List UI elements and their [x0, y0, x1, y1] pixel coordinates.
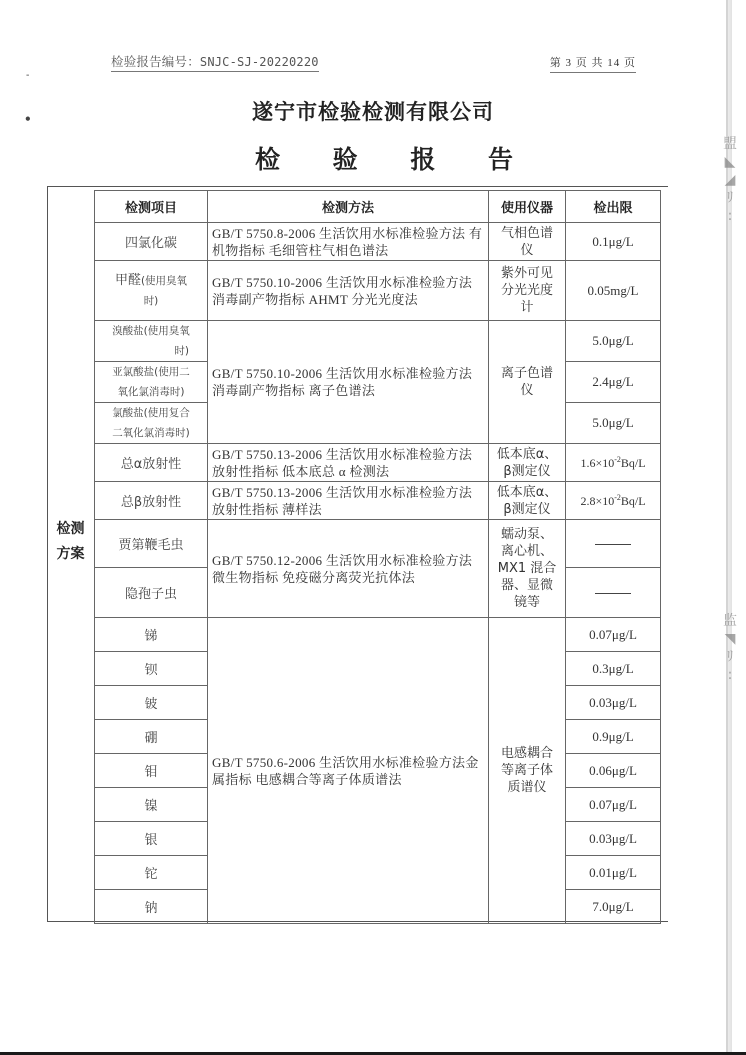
limit-cell: 0.05mg/L: [566, 261, 661, 321]
limit-cell: 2.8×10-2Bq/L: [566, 482, 661, 520]
item-cell: 硼: [95, 720, 208, 754]
limit-cell: 7.0μg/L: [566, 890, 661, 924]
limit-cell: 2.4μg/L: [566, 362, 661, 403]
item-cell: 贾第鞭毛虫: [95, 520, 208, 568]
instrument-cell: 低本底α、 β测定仪: [489, 482, 566, 520]
limit-cell: 0.03μg/L: [566, 686, 661, 720]
report-number-label: 检验报告编号：: [111, 55, 200, 69]
item-cell: 氯酸盐(使用复合 二氧化氯消毒时): [95, 403, 208, 444]
method-cell: GB/T 5750.12-2006 生活饮用水标准检验方法微生物指标 免疫磁分离…: [208, 520, 489, 618]
limit-cell: 1.6×10-2Bq/L: [566, 444, 661, 482]
limit-cell: 0.03μg/L: [566, 822, 661, 856]
col-header-limit: 检出限: [566, 191, 661, 223]
table-header-row: 检测项目 检测方法 使用仪器 检出限: [95, 191, 661, 223]
report-number-value: SNJC-SJ-20220220: [200, 55, 319, 69]
col-header-method: 检测方法: [208, 191, 489, 223]
table-row: 总α放射性 GB/T 5750.13-2006 生活饮用水标准检验方法 放射性指…: [95, 444, 661, 482]
table-row: 贾第鞭毛虫 GB/T 5750.12-2006 生活饮用水标准检验方法微生物指标…: [95, 520, 661, 568]
table-row: 锑 GB/T 5750.6-2006 生活饮用水标准检验方法金属指标 电感耦合等…: [95, 618, 661, 652]
limit-cell: 5.0μg/L: [566, 321, 661, 362]
limit-cell: [566, 520, 661, 568]
col-header-item: 检测项目: [95, 191, 208, 223]
method-cell: GB/T 5750.8-2006 生活饮用水标准检验方法 有机物指标 毛细管柱气…: [208, 223, 489, 261]
company-name: 遂宁市检验检测有限公司: [0, 96, 746, 126]
limit-cell: 0.07μg/L: [566, 618, 661, 652]
limit-cell: [566, 568, 661, 618]
report-header: 检验报告编号：SNJC-SJ-20220220 第 3 页 共 14 页: [111, 52, 636, 74]
table-row: 溴酸盐(使用臭氧 时) GB/T 5750.10-2006 生活饮用水标准检验方…: [95, 321, 661, 362]
method-cell: GB/T 5750.13-2006 生活饮用水标准检验方法 放射性指标 薄样法: [208, 482, 489, 520]
method-cell: GB/T 5750.10-2006 生活饮用水标准检验方法 消毒副产物指标 离子…: [208, 321, 489, 444]
method-cell: GB/T 5750.10-2006 生活饮用水标准检验方法 消毒副产物指标 AH…: [208, 261, 489, 321]
instrument-cell: 气相色谱 仪: [489, 223, 566, 261]
table-row: 总β放射性 GB/T 5750.13-2006 生活饮用水标准检验方法 放射性指…: [95, 482, 661, 520]
item-cell: 银: [95, 822, 208, 856]
report-number: 检验报告编号：SNJC-SJ-20220220: [111, 52, 319, 72]
limit-cell: 0.1μg/L: [566, 223, 661, 261]
limit-cell: 0.9μg/L: [566, 720, 661, 754]
item-cell: 锑: [95, 618, 208, 652]
instrument-cell: 电感耦合 等离子体 质谱仪: [489, 618, 566, 924]
item-cell: 铍: [95, 686, 208, 720]
item-cell: 总α放射性: [95, 444, 208, 482]
instrument-cell: 紫外可见 分光光度 计: [489, 261, 566, 321]
item-cell: 钼: [95, 754, 208, 788]
item-cell: 镍: [95, 788, 208, 822]
method-cell: GB/T 5750.6-2006 生活饮用水标准检验方法金属指标 电感耦合等离子…: [208, 618, 489, 924]
item-cell: 钡: [95, 652, 208, 686]
item-cell: 总β放射性: [95, 482, 208, 520]
method-cell: GB/T 5750.13-2006 生活饮用水标准检验方法 放射性指标 低本底总…: [208, 444, 489, 482]
test-plan-table: 检测项目 检测方法 使用仪器 检出限 四氯化碳 GB/T 5750.8-2006…: [94, 190, 661, 924]
item-cell: 溴酸盐(使用臭氧 时): [95, 321, 208, 362]
scan-speck: -: [26, 70, 29, 81]
section-label: 检测 方案: [47, 517, 94, 567]
instrument-cell: 低本底α、 β测定仪: [489, 444, 566, 482]
item-cell: 甲醛(使用臭氧 时): [95, 261, 208, 321]
limit-cell: 0.06μg/L: [566, 754, 661, 788]
item-cell: 铊: [95, 856, 208, 890]
limit-cell: 0.01μg/L: [566, 856, 661, 890]
item-cell: 隐孢子虫: [95, 568, 208, 618]
instrument-cell: 蠕动泵、 离心机、 MX1 混合 器、显微 镜等: [489, 520, 566, 618]
page-indicator: 第 3 页 共 14 页: [550, 54, 636, 73]
limit-cell: 0.07μg/L: [566, 788, 661, 822]
report-title: 检 验 报 告: [0, 140, 746, 176]
limit-cell: 5.0μg/L: [566, 403, 661, 444]
table-row: 四氯化碳 GB/T 5750.8-2006 生活饮用水标准检验方法 有机物指标 …: [95, 223, 661, 261]
seal-fragment-bottom: 监 ◥ ﾘ :: [718, 612, 742, 684]
instrument-cell: 离子色谱 仪: [489, 321, 566, 444]
limit-cell: 0.3μg/L: [566, 652, 661, 686]
dash-placeholder: [595, 593, 631, 594]
item-cell: 亚氯酸盐(使用二 氧化氯消毒时): [95, 362, 208, 403]
dash-placeholder: [595, 544, 631, 545]
col-header-instrument: 使用仪器: [489, 191, 566, 223]
item-cell: 四氯化碳: [95, 223, 208, 261]
table-row: 甲醛(使用臭氧 时) GB/T 5750.10-2006 生活饮用水标准检验方法…: [95, 261, 661, 321]
item-cell: 钠: [95, 890, 208, 924]
